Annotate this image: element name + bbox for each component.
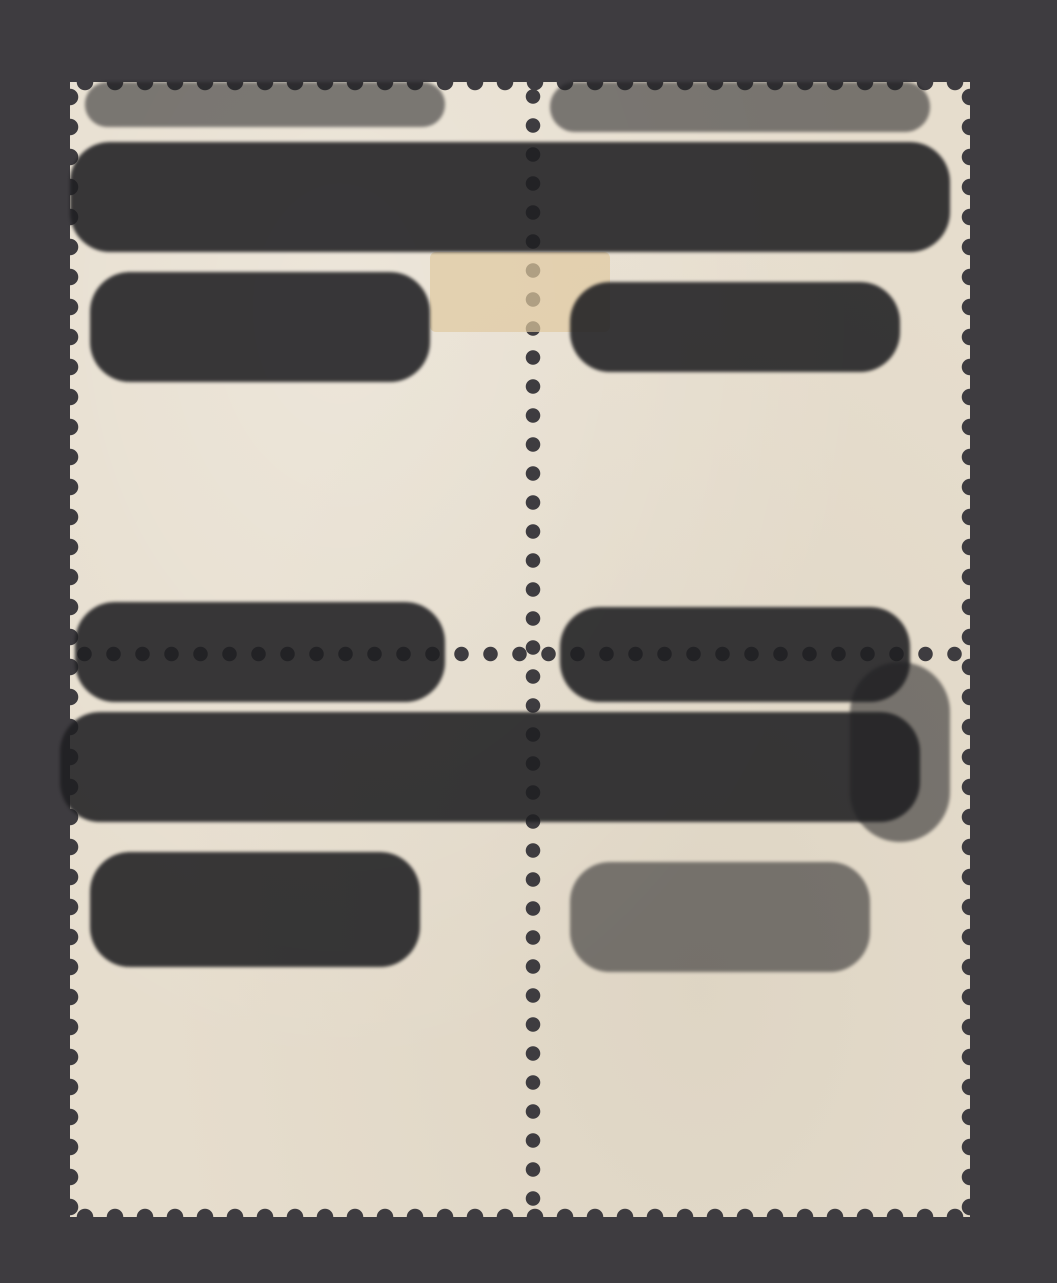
ink-smudge	[90, 852, 420, 967]
ink-smudge	[85, 82, 445, 127]
ink-smudge	[570, 862, 870, 972]
ink-smudge	[570, 282, 900, 372]
stamp-block	[70, 82, 970, 1217]
ink-smudge	[90, 272, 430, 382]
ink-smudge	[75, 602, 445, 702]
ink-smudge	[550, 82, 930, 132]
ink-smudge	[850, 662, 950, 842]
ink-smudge	[70, 142, 950, 252]
perforation-bottom-edge	[70, 1208, 970, 1226]
ink-smudge	[60, 712, 920, 822]
